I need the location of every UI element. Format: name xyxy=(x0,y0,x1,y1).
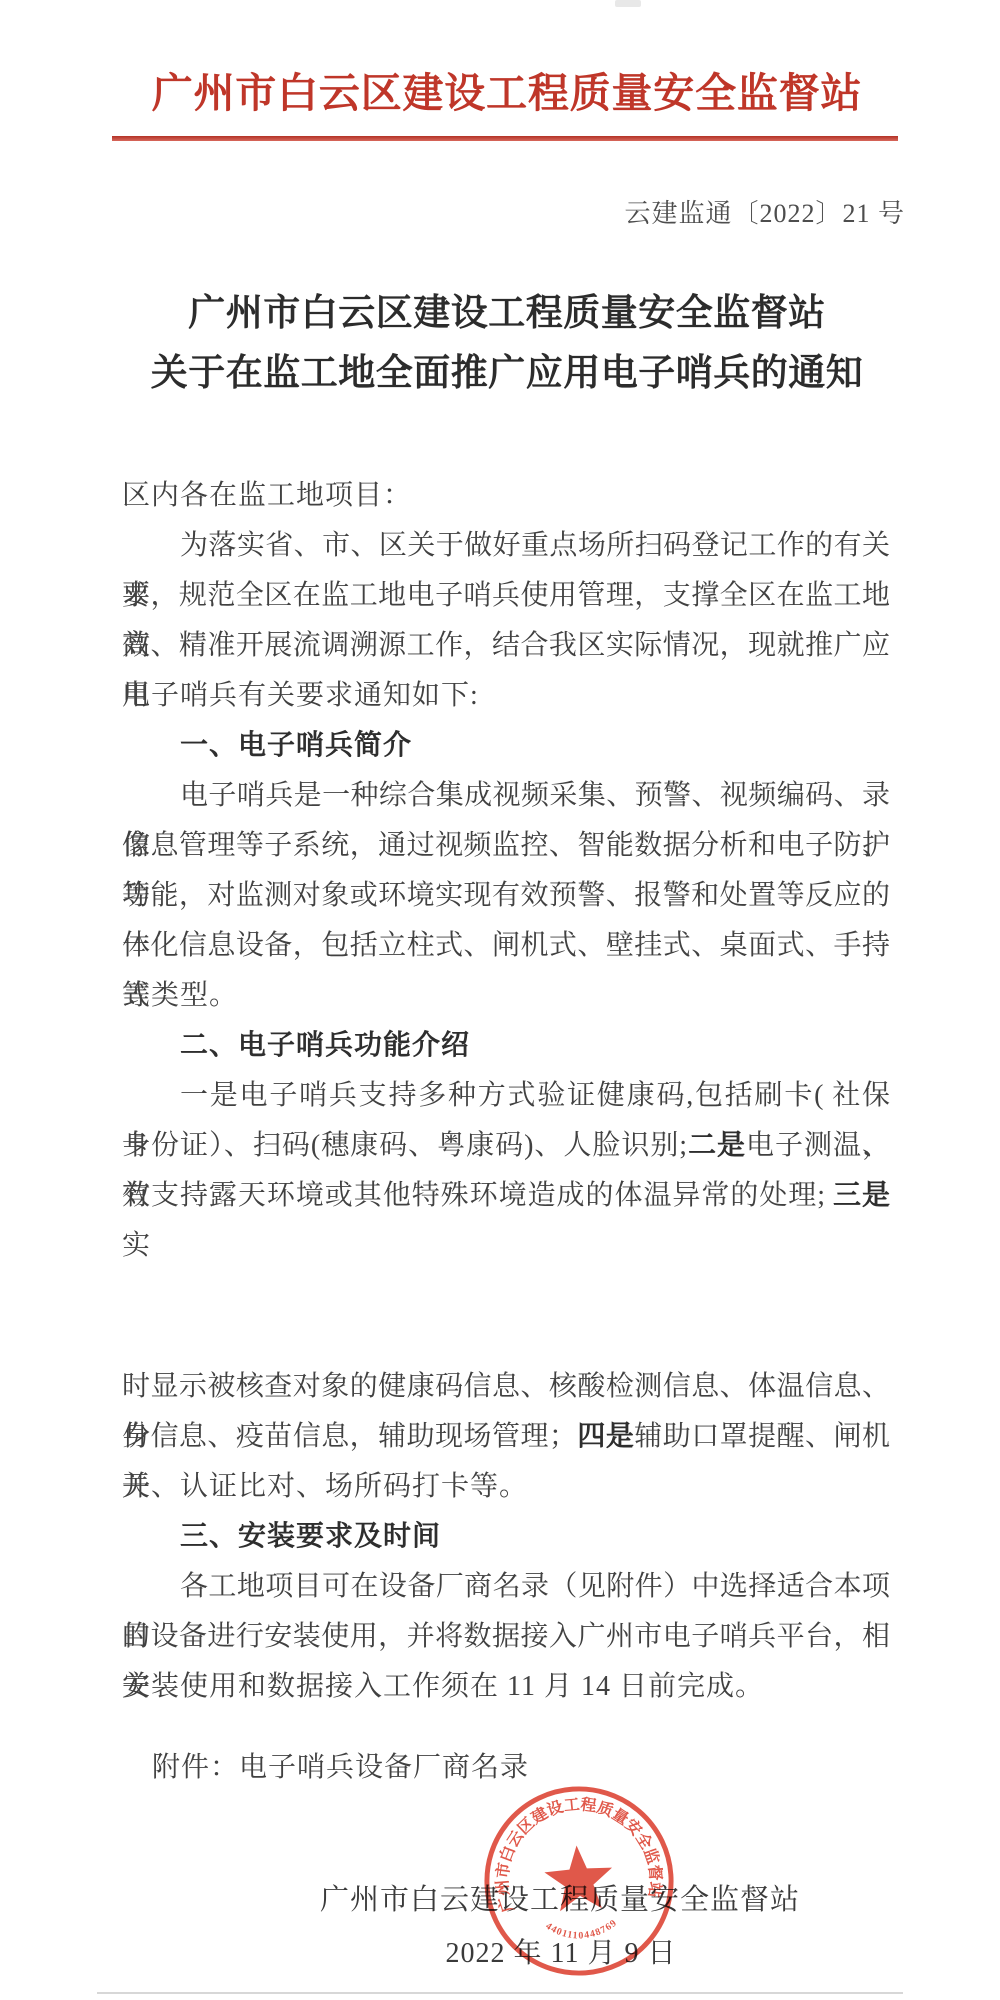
body-line: 身份证）、扫码(穗康码、粤康码)、人脸识别;二是电子测温，有 xyxy=(122,1121,890,1171)
attachment-note: 附件：电子哨兵设备厂商名录 xyxy=(152,1743,529,1793)
body-line: 安装使用和数据接入工作须在 11 月 14 日前完成。 xyxy=(122,1662,890,1712)
body-line: 份信息、疫苗信息，辅助现场管理；四是辅助口罩提醒、闸机开 xyxy=(122,1412,890,1462)
body-text-page1: 区内各在监工地项目：为落实省、市、区关于做好重点场所扫码登记工作的有关要求，规范… xyxy=(122,471,890,1221)
letterhead-divider-rule xyxy=(112,136,898,141)
document-number: 云建监通〔2022〕21 号 xyxy=(624,193,905,230)
scan-artifact xyxy=(615,0,641,7)
page-bottom-edge xyxy=(97,1992,903,1994)
body-line: 时显示被核查对象的健康码信息、核酸检测信息、体温信息、身 xyxy=(122,1362,890,1412)
body-text-page2: 时显示被核查对象的健康码信息、核酸检测信息、体温信息、身份信息、疫苗信息，辅助现… xyxy=(122,1362,890,1712)
body-line: 区内各在监工地项目： xyxy=(122,471,890,521)
body-line: 体化信息设备，包括立柱式、闸机式、壁挂式、桌面式、手持式 xyxy=(122,921,890,971)
body-line: 电子哨兵是一种综合集成视频采集、预警、视频编码、录像、 xyxy=(122,771,890,821)
seal-star-icon xyxy=(543,1843,615,1912)
section-heading: 三、安装要求及时间 xyxy=(122,1512,890,1562)
notice-title-line1: 广州市白云区建设工程质量安全监督站 xyxy=(188,291,826,337)
body-line: 信息管理等子系统，通过视频监控、智能数据分析和电子防护等 xyxy=(122,821,890,871)
body-line: 关、认证比对、场所码打卡等。 xyxy=(122,1462,890,1512)
section-heading: 二、电子哨兵功能介绍 xyxy=(122,1021,890,1071)
body-line: 效、精准开展流调溯源工作，结合我区实际情况，现就推广应用 xyxy=(122,621,890,671)
body-line: 效支持露天环境或其他特殊环境造成的体温异常的处理; 三是实 xyxy=(122,1171,890,1221)
scanned-official-notice: { "meta": { "accent_red": "#bf3629", "se… xyxy=(0,0,1000,2000)
seal-serial-number: 4401110448769 xyxy=(543,1916,620,1944)
body-line: 等类型。 xyxy=(122,971,890,1021)
notice-title-line2: 关于在监工地全面推广应用电子哨兵的通知 xyxy=(151,351,864,397)
section-heading: 一、电子哨兵简介 xyxy=(122,721,890,771)
body-line: 求，规范全区在监工地电子哨兵使用管理，支撑全区在监工地高 xyxy=(122,571,890,621)
body-line: 一是电子哨兵支持多种方式验证健康码,包括刷卡( 社保卡、 xyxy=(122,1071,890,1121)
body-line: 电子哨兵有关要求通知如下: xyxy=(122,671,890,721)
body-line: 功能，对监测对象或环境实现有效预警、报警和处置等反应的一 xyxy=(122,871,890,921)
body-line: 各工地项目可在设备厂商名录（见附件）中选择适合本项目 xyxy=(122,1562,890,1612)
letterhead-org-title: 广州市白云区建设工程质量安全监督站 xyxy=(152,69,863,117)
body-line: 的设备进行安装使用，并将数据接入广州市电子哨兵平台，相关 xyxy=(122,1612,890,1662)
official-seal: 广州市白云区建设工程质量安全监督站 4401110448769 xyxy=(473,1775,684,1986)
body-line: 为落实省、市、区关于做好重点场所扫码登记工作的有关要 xyxy=(122,521,890,571)
